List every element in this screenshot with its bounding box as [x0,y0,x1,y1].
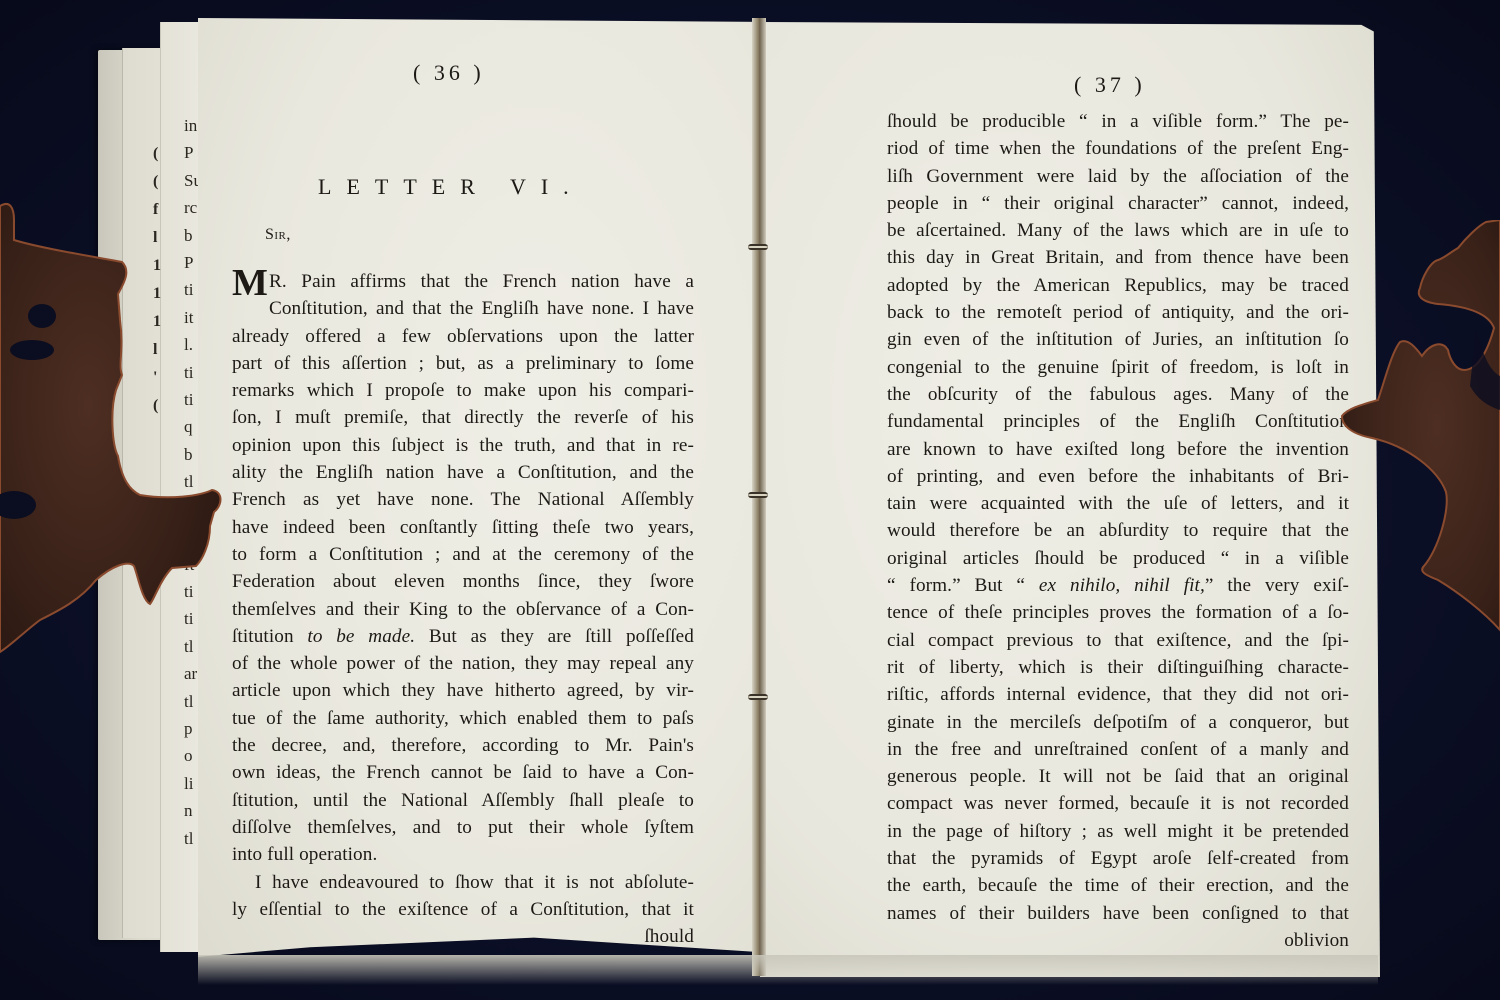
text-line: are known to have exiſted long before th… [887,436,1349,463]
text-line: generous people. It will not be ſaid tha… [887,763,1349,790]
text-line: to form a Conſtitution ; and at the cere… [232,541,694,568]
text-line: riſtic, affords internal evidence, that … [887,681,1349,708]
italic-phrase: to be made. [307,626,415,647]
binding-stitch [748,244,768,250]
text-line: ſhould [232,923,694,950]
text-line: ſtitution to be made. But as they are ſt… [232,623,694,650]
text-line: ality the Engliſh nation have a Conſtitu… [232,459,694,486]
text-line: Federation about eleven months ſince, th… [232,568,694,595]
text-line: ginate in the mercileſs deſpotiſm of a c… [887,709,1349,736]
text-line: tue of the ſame authority, which enabled… [232,705,694,732]
text-line: in the free and unreſtrained conſent of … [887,736,1349,763]
text-line: diſſolve themſelves, and to put their wh… [232,814,694,841]
text-line: compact was never formed, becauſe it is … [887,790,1349,817]
letter-heading: LETTER VI. [318,174,584,200]
photograph-scene: ((fl111l'( inPSurcbPtiitl.titiqbtl fttit… [0,0,1500,1000]
salutation: Sir, [265,226,291,244]
text-line: adopted by the American Republics, may b… [887,272,1349,299]
text-line: I have endeavoured to ſhow that it is no… [232,869,694,896]
right-copper-book-weight-icon [1338,220,1500,640]
binding-stitch [748,694,768,700]
text-line: oblivion [887,927,1349,954]
text-line: that the pyramids of Egypt aroſe ſelf-cr… [887,845,1349,872]
left-copper-book-weight-icon [0,200,230,660]
text-line: part of this aſſertion ; but, as a preli… [232,350,694,377]
right-page-number: ( 37 ) [1074,72,1146,98]
text-line: the earth, becauſe the time of their ere… [887,872,1349,899]
right-page-body-text: ſhould be producible “ in a viſible form… [887,108,1349,954]
text-line: the obſcurity of the fabulous ages. Many… [887,381,1349,408]
left-page-body-text: MR. Pain affirms that the French nation … [232,268,694,950]
text-line: fundamental principles of the Engliſh Co… [887,408,1349,435]
text-line: ſtitution, until the National Aſſembly ſ… [232,787,694,814]
text-line: of the whole power of the nation, they m… [232,650,694,677]
text-line: gin even of the inſtitution of Juries, a… [887,326,1349,353]
text-line: of printing, and even before the inhabit… [887,463,1349,490]
text-line: tence of theſe principles proves the for… [887,599,1349,626]
binding-stitch [748,492,768,498]
text-line: riod of time when the foundations of the… [887,135,1349,162]
text-line: cial compact previous to that exiſtence,… [887,627,1349,654]
text-line: people in “ their original character” ca… [887,190,1349,217]
text-line: liſh Government were laid by the aſſocia… [887,163,1349,190]
left-page-number: ( 36 ) [413,60,485,86]
text-line: themſelves and their King to the obſerva… [232,596,694,623]
text-line: tain were acquainted with the uſe of let… [887,490,1349,517]
page-bottom-edge [198,955,1378,985]
text-line: French as yet have none. The National Aſ… [232,486,694,513]
text-line: this day in Great Britain, and from then… [887,244,1349,271]
text-line: would therefore be an abſurdity to requi… [887,517,1349,544]
text-line: original articles ſhould be produced “ i… [887,545,1349,572]
edge-letter: ( [153,168,163,196]
text-line: be aſcertained. Many of the laws which a… [887,217,1349,244]
text-line: back to the remoteſt period of antiquity… [887,299,1349,326]
text-line: remarks which I propoſe to make upon his… [232,377,694,404]
italic-phrase: ex nihilo, nihil fit, [1039,575,1205,596]
text-line: in the page of hiſtory ; as well might i… [887,818,1349,845]
text-line: ſon, I muſt premiſe, that directly the r… [232,404,694,431]
text-line: MR. Pain affirms that the French nation … [232,268,694,295]
text-line: rit of liberty, which is their diſtingui… [887,654,1349,681]
text-line: article upon which they have hitherto ag… [232,677,694,704]
text-line: “ form.” But “ ex nihilo, nihil fit,” th… [887,572,1349,599]
text-line: own ideas, the French cannot be ſaid to … [232,759,694,786]
text-line: the decree, and, therefore, according to… [232,732,694,759]
text-line: already offered a few obſervations upon … [232,323,694,350]
text-line: names of their builders have been conſig… [887,900,1349,927]
text-line: opinion upon this ſubject is the truth, … [232,432,694,459]
drop-cap: M [232,268,268,298]
text-line: ly eſſential to the exiſtence of a Conſt… [232,896,694,923]
text-line: congenial to the genuine ſpirit of freed… [887,354,1349,381]
edge-letter: ( [153,140,163,168]
text-line: have indeed been conſtantly ſitting theſ… [232,514,694,541]
text-line: ſhould be producible “ in a viſible form… [887,108,1349,135]
text-line: into full operation. [232,841,694,868]
text-line: Conſtitution, and that the Engliſh have … [232,295,694,322]
